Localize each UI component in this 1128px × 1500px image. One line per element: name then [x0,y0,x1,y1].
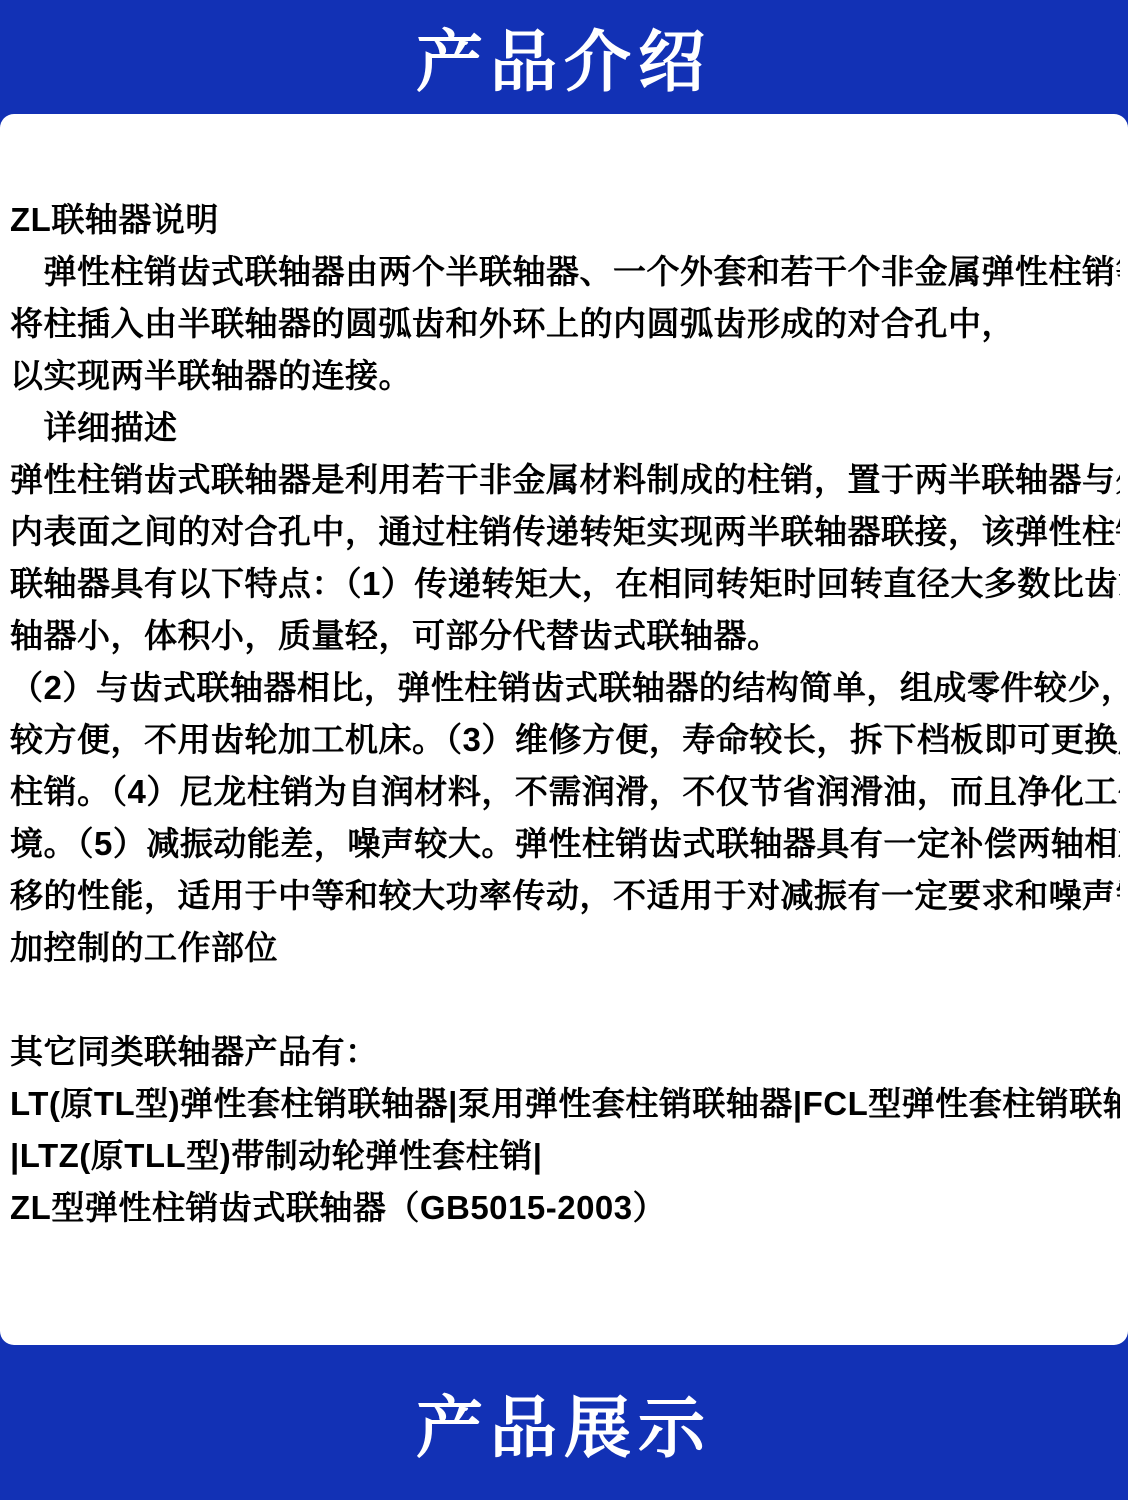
text-line: ZL联轴器说明 [10,194,1120,246]
text-line: 其它同类联轴器产品有： [10,1026,1120,1078]
content-card: ZL联轴器说明 弹性柱销齿式联轴器由两个半联轴器、一个外套和若干个非金属弹性柱销… [0,114,1128,1345]
text-line: 弹性柱销齿式联轴器由两个半联轴器、一个外套和若干个非金属弹性柱销等组成。 [10,246,1120,298]
text-line: 移的性能，适用于中等和较大功率传动，不适用于对减振有一定要求和噪声需要严 [10,870,1120,922]
text-line: 联轴器具有以下特点：（1）传递转矩大，在相同转矩时回转直径大多数比齿式联 [10,558,1120,610]
page-title: 产品介绍 [416,9,712,105]
text-line: （2）与齿式联轴器相比，弹性柱销齿式联轴器的结构简单，组成零件较少，制造 [10,662,1120,714]
text-line: ZL型弹性柱销齿式联轴器（GB5015-2003） [10,1182,1120,1234]
text-line: 加控制的工作部位 [10,922,1120,974]
text-line: 柱销。（4）尼龙柱销为自润材料，不需润滑，不仅节省润滑油，而且净化工作环 [10,766,1120,818]
footer-banner: 产品展示 [0,1345,1128,1500]
text-line: 境。（5）减振动能差，噪声较大。弹性柱销齿式联轴器具有一定补偿两轴相对偏 [10,818,1120,870]
text-line: 详细描述 [10,402,1120,454]
text-line: 较方便，不用齿轮加工机床。（3）维修方便，寿命较长，拆下档板即可更换尼龙 [10,714,1120,766]
text-line: 轴器小，体积小，质量轻，可部分代替齿式联轴器。 [10,610,1120,662]
text-line: 将柱插入由半联轴器的圆弧齿和外环上的内圆弧齿形成的对合孔中， [10,298,1120,350]
section-title-product-display: 产品展示 [416,1375,712,1471]
product-page: 产品介绍 ZL联轴器说明 弹性柱销齿式联轴器由两个半联轴器、一个外套和若干个非金… [0,0,1128,1500]
header-banner: 产品介绍 [0,0,1128,114]
product-description: ZL联轴器说明 弹性柱销齿式联轴器由两个半联轴器、一个外套和若干个非金属弹性柱销… [10,194,1120,1234]
text-line [10,974,1120,1026]
text-line: 弹性柱销齿式联轴器是利用若干非金属材料制成的柱销，置于两半联轴器与外环 [10,454,1120,506]
text-line: LT(原TL型)弹性套柱销联轴器|泵用弹性套柱销联轴器|FCL型弹性套柱销联轴器 [10,1078,1120,1130]
text-line: 内表面之间的对合孔中，通过柱销传递转矩实现两半联轴器联接，该弹性柱销齿式 [10,506,1120,558]
text-line: |LTZ(原TLL型)带制动轮弹性套柱销| [10,1130,1120,1182]
text-line: 以实现两半联轴器的连接。 [10,350,1120,402]
